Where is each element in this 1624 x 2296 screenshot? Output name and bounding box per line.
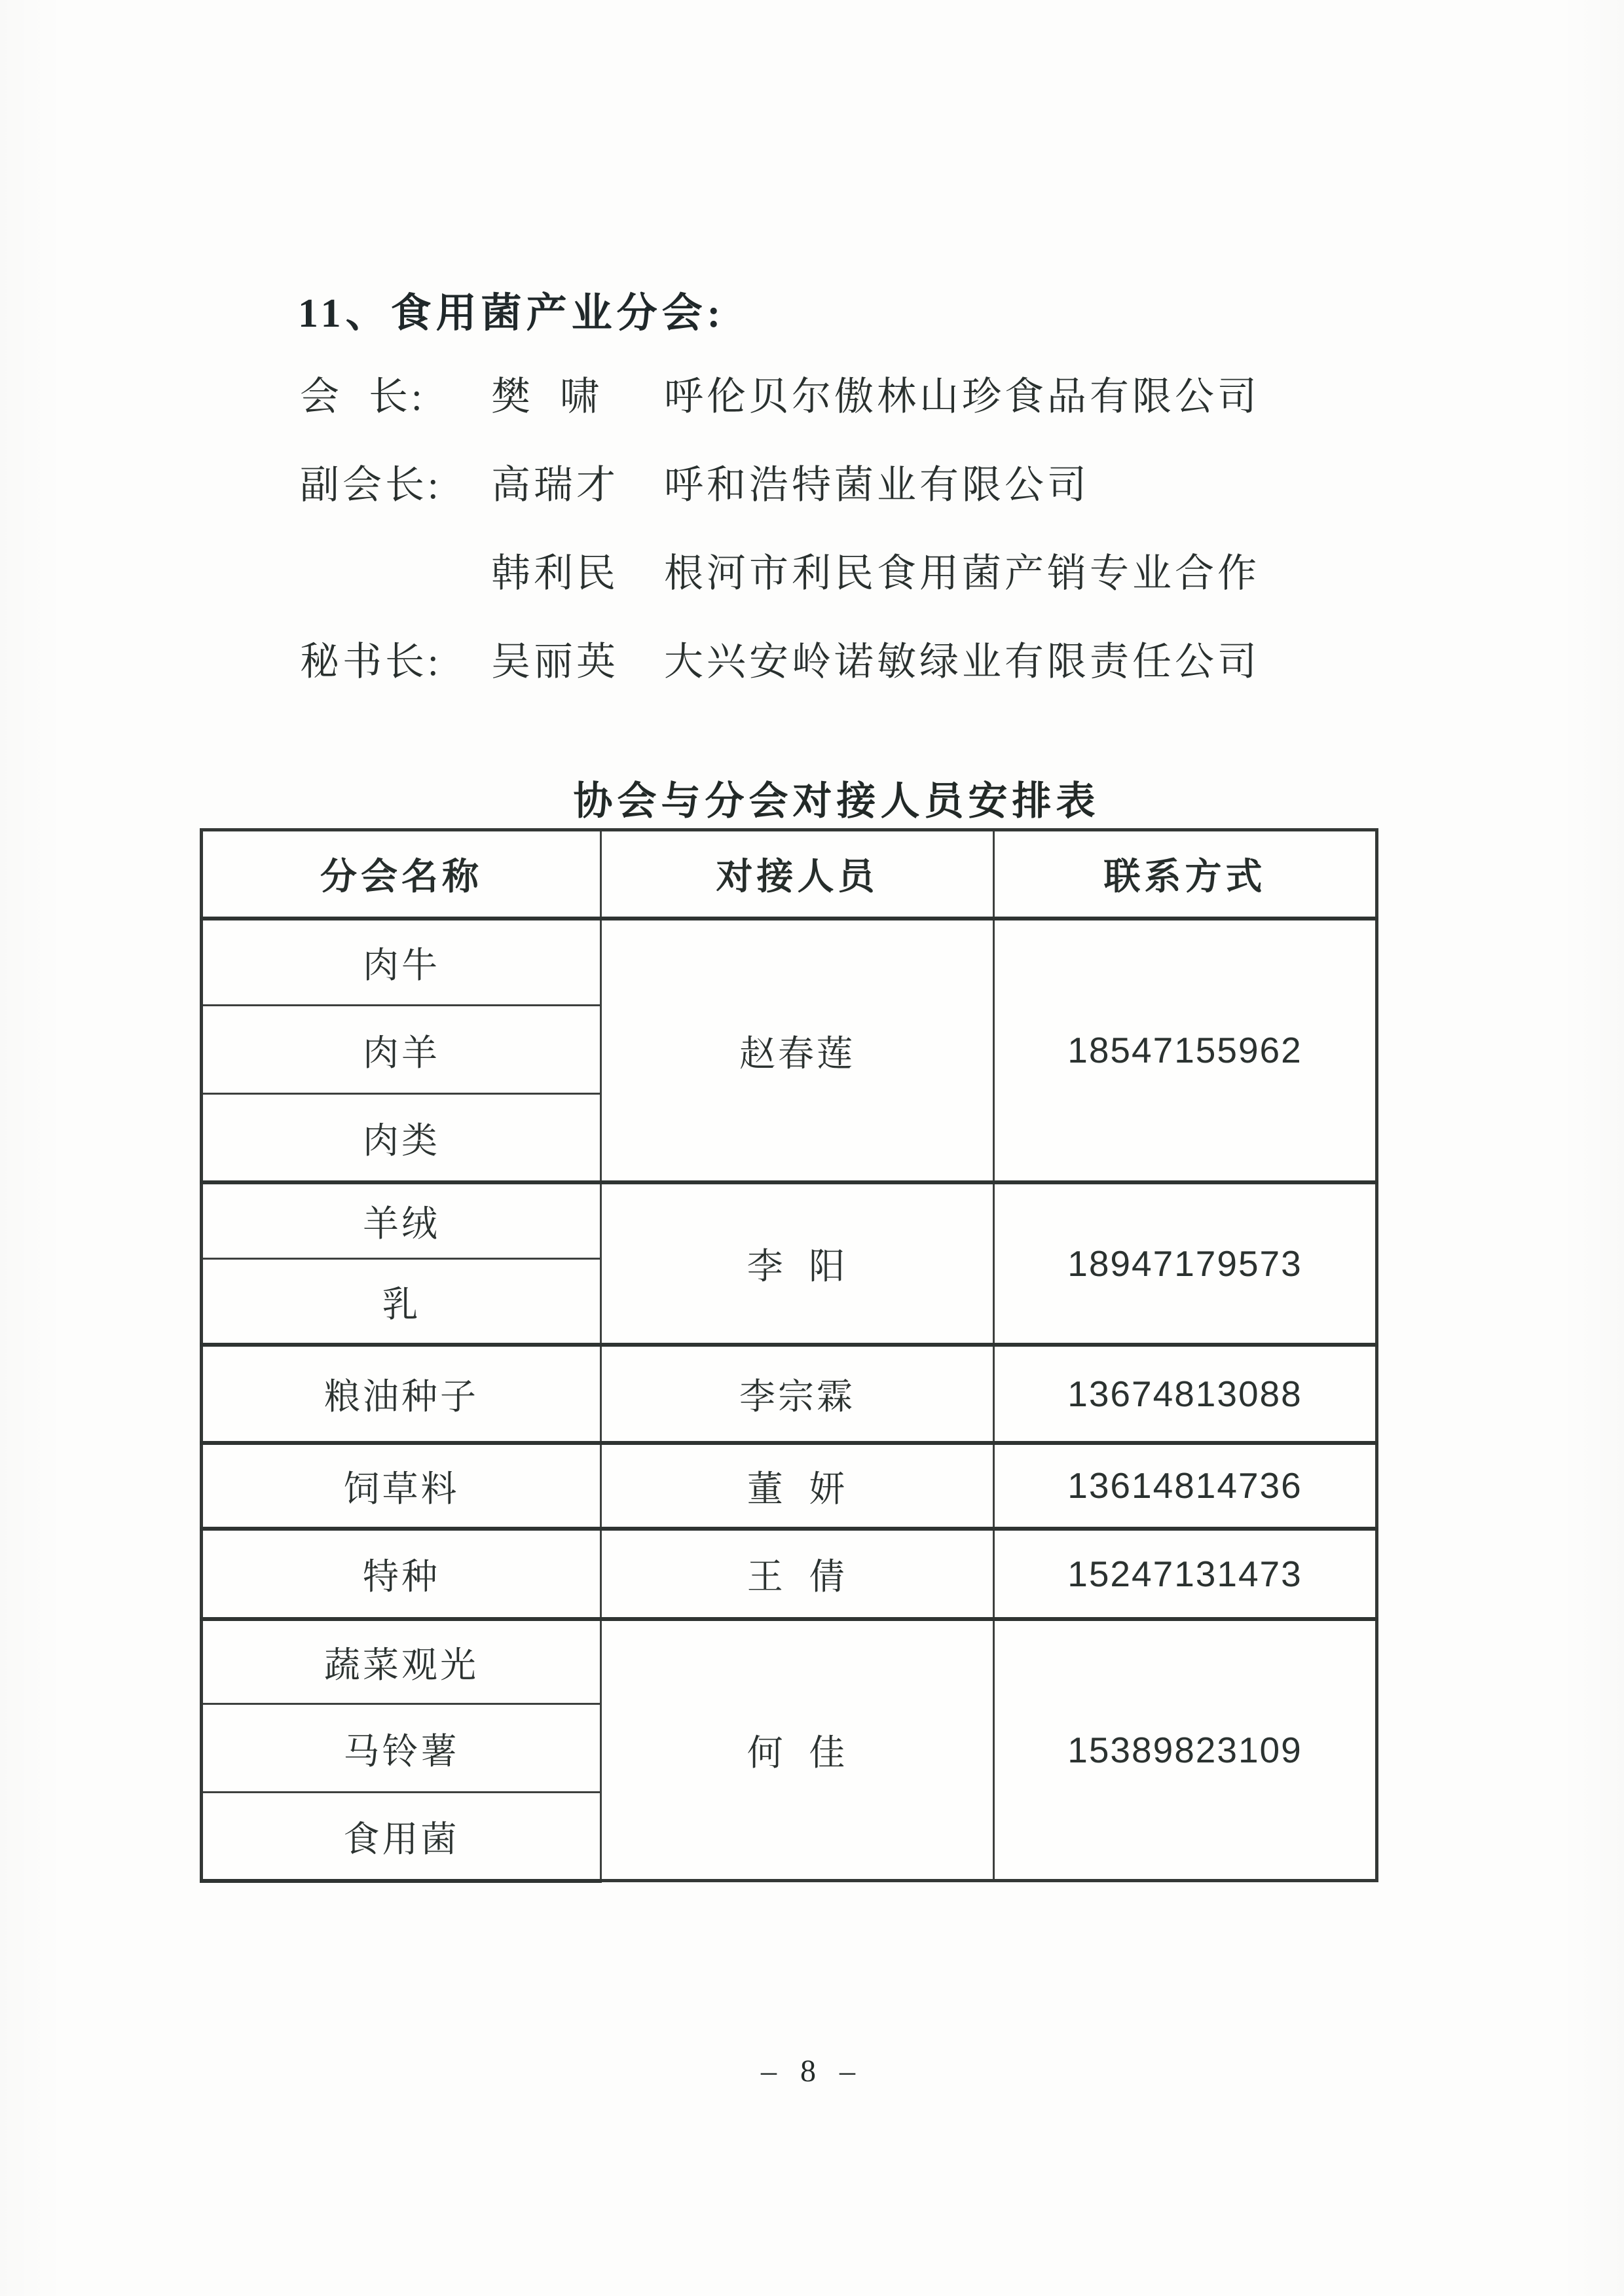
header-contact-person: 对接人员 — [601, 830, 994, 919]
officer-line-vice-president: 副会长: 高瑞才 呼和浩特菌业有限公司 — [300, 454, 1260, 542]
contact-person-cell: 董 妍 — [601, 1443, 994, 1529]
contact-person-cell: 李 阳 — [601, 1182, 994, 1345]
table-row: 肉牛 赵春莲 18547155962 — [202, 919, 1377, 1006]
phone-cell: 18947179573 — [994, 1182, 1377, 1345]
page-number: – 8 – — [0, 2053, 1624, 2089]
phone-cell: 15389823109 — [994, 1619, 1377, 1881]
branch-cell: 肉牛 — [202, 919, 601, 1006]
branch-cell: 饲草料 — [202, 1443, 601, 1529]
officer-organization: 呼伦贝尔傲林山珍食品有限公司 — [664, 365, 1260, 422]
officer-role-label: 会 长: — [300, 365, 491, 422]
table-row: 羊绒 李 阳 18947179573 — [202, 1182, 1377, 1259]
officer-name: 吴丽英 — [491, 630, 664, 687]
officer-list: 会 长: 樊 啸 呼伦贝尔傲林山珍食品有限公司 副会长: 高瑞才 呼和浩特菌业有… — [300, 365, 1260, 719]
phone-cell: 15247131473 — [994, 1529, 1377, 1619]
officer-line-secretary-general: 秘书长: 吴丽英 大兴安岭诺敏绿业有限责任公司 — [300, 630, 1260, 719]
branch-cell: 食用菌 — [202, 1793, 601, 1881]
branch-cell: 粮油种子 — [202, 1345, 601, 1443]
officer-role-label: 秘书长: — [300, 630, 491, 687]
table-row: 饲草料 董 妍 13614814736 — [202, 1443, 1377, 1529]
officer-name: 韩利民 — [491, 542, 664, 598]
branch-cell: 肉类 — [202, 1094, 601, 1182]
header-branch-name: 分会名称 — [202, 830, 601, 919]
phone-cell: 13614814736 — [994, 1443, 1377, 1529]
branch-cell: 特种 — [202, 1529, 601, 1619]
branch-cell: 乳 — [202, 1259, 601, 1345]
contact-person-cell: 李宗霖 — [601, 1345, 994, 1443]
section-heading: 11、食用菌产业分会: — [298, 280, 725, 338]
table-title: 协会与分会对接人员安排表 — [200, 770, 1375, 826]
header-contact-info: 联系方式 — [994, 830, 1377, 919]
officer-organization: 呼和浩特菌业有限公司 — [664, 454, 1090, 510]
contact-person-cell: 王 倩 — [601, 1529, 994, 1619]
table-header-row: 分会名称 对接人员 联系方式 — [202, 830, 1377, 919]
officer-line-president: 会 长: 樊 啸 呼伦贝尔傲林山珍食品有限公司 — [300, 365, 1260, 454]
document-page: 11、食用菌产业分会: 会 长: 樊 啸 呼伦贝尔傲林山珍食品有限公司 副会长:… — [0, 0, 1624, 2296]
branch-cell: 马铃薯 — [202, 1704, 601, 1793]
officer-organization: 大兴安岭诺敏绿业有限责任公司 — [664, 630, 1260, 687]
table-row: 特种 王 倩 15247131473 — [202, 1529, 1377, 1619]
officer-name: 樊 啸 — [491, 365, 664, 422]
contacts-table: 分会名称 对接人员 联系方式 肉牛 赵春莲 18547155962 肉羊 肉类 … — [200, 828, 1378, 1883]
branch-cell: 蔬菜观光 — [202, 1619, 601, 1704]
officer-line-vice-president-2: 韩利民 根河市利民食用菌产销专业合作 — [300, 542, 1260, 630]
officer-name: 高瑞才 — [491, 454, 664, 510]
table-row: 蔬菜观光 何 佳 15389823109 — [202, 1619, 1377, 1704]
branch-cell: 羊绒 — [202, 1182, 601, 1259]
branch-cell: 肉羊 — [202, 1006, 601, 1094]
phone-cell: 13674813088 — [994, 1345, 1377, 1443]
phone-cell: 18547155962 — [994, 919, 1377, 1182]
officer-role-label: 副会长: — [300, 454, 491, 510]
officer-organization: 根河市利民食用菌产销专业合作 — [664, 542, 1260, 598]
table-row: 粮油种子 李宗霖 13674813088 — [202, 1345, 1377, 1443]
contact-person-cell: 何 佳 — [601, 1619, 994, 1881]
contact-person-cell: 赵春莲 — [601, 919, 994, 1182]
